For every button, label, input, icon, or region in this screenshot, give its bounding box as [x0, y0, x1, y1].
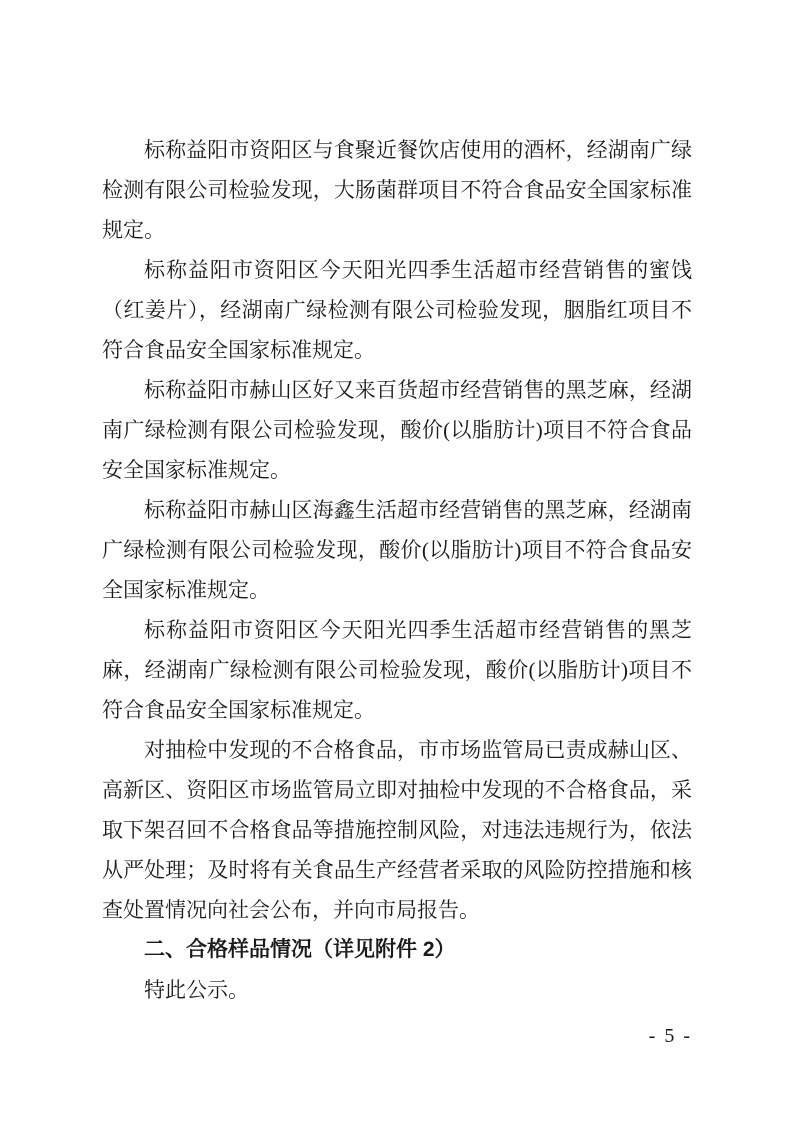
paragraph-noncompliant-candied-ginger: 标称益阳市资阳区今天阳光四季生活超市经营销售的蜜饯（红姜片），经湖南广绿检测有限…: [102, 250, 692, 370]
section-heading-qualified-samples: 二、合格样品情况（详见附件 2）: [102, 930, 692, 970]
paragraph-noncompliant-sesame-jintianyangguang: 标称益阳市资阳区今天阳光四季生活超市经营销售的黑芝麻，经湖南广绿检测有限公司检验…: [102, 610, 692, 730]
closing-statement: 特此公示。: [102, 970, 692, 1010]
document-page: 标称益阳市资阳区与食聚近餐饮店使用的酒杯，经湖南广绿检测有限公司检验发现，大肠菌…: [0, 0, 793, 1122]
paragraph-regulatory-actions: 对抽检中发现的不合格食品，市市场监管局已责成赫山区、高新区、资阳区市场监管局立即…: [102, 730, 692, 930]
paragraph-noncompliant-sesame-haoyoulai: 标称益阳市赫山区好又来百货超市经营销售的黑芝麻，经湖南广绿检测有限公司检验发现，…: [102, 370, 692, 490]
paragraph-noncompliant-wine-cups: 标称益阳市资阳区与食聚近餐饮店使用的酒杯，经湖南广绿检测有限公司检验发现，大肠菌…: [102, 130, 692, 250]
page-number: - 5 -: [102, 1024, 692, 1048]
document-body: 标称益阳市资阳区与食聚近餐饮店使用的酒杯，经湖南广绿检测有限公司检验发现，大肠菌…: [102, 130, 692, 1010]
paragraph-noncompliant-sesame-haixin: 标称益阳市赫山区海鑫生活超市经营销售的黑芝麻，经湖南广绿检测有限公司检验发现，酸…: [102, 490, 692, 610]
